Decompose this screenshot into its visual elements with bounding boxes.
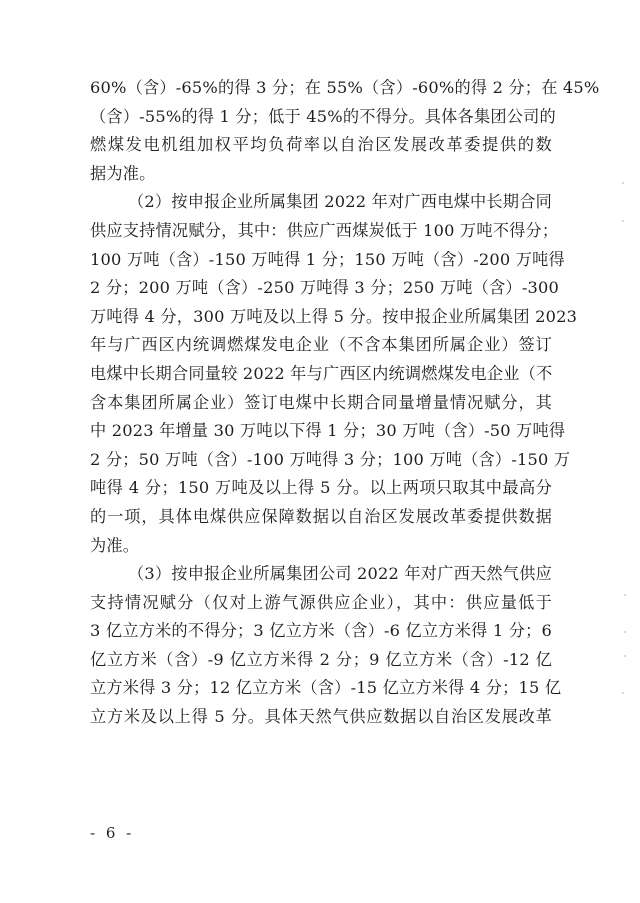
scan-speck xyxy=(624,594,626,596)
text-line: 支持情况赋分（仅对上游气源供应企业），其中：供应量低于 xyxy=(90,589,552,618)
text-line: 中 2023 年增量 30 万吨以下得 1 分；30 万吨（含）-50 万吨得 xyxy=(90,417,552,446)
text-line: 2 分；50 万吨（含）-100 万吨得 3 分；100 万吨（含）-150 万 xyxy=(90,446,552,475)
text-line: 2 分；200 万吨（含）-250 万吨得 3 分；250 万吨（含）-300 xyxy=(90,274,552,303)
paragraph-heading-3: （3）按申报企业所属集团公司 2022 年对广西天然气供应 xyxy=(90,560,552,589)
text-line: 为准。 xyxy=(90,532,552,561)
text-line: 亿立方米（含）-9 亿立方米得 2 分；9 亿立方米（含）-12 亿 xyxy=(90,646,552,675)
text-line: 燃煤发电机组加权平均负荷率以自治区发展改革委提供的数 xyxy=(90,131,552,160)
text-line: 60%（含）-65%的得 3 分；在 55%（含）-60%的得 2 分；在 45… xyxy=(90,74,552,103)
text-line: 3 亿立方米的不得分；3 亿立方米（含）-6 亿立方米得 1 分；6 xyxy=(90,617,552,646)
text-line: 据为准。 xyxy=(90,160,552,189)
scan-speck xyxy=(624,631,626,633)
scan-speck xyxy=(622,692,624,694)
text-line: 电煤中长期合同量较 2022 年与广西区内统调燃煤发电企业（不 xyxy=(90,360,552,389)
scan-speck xyxy=(624,655,626,657)
document-page: 60%（含）-65%的得 3 分；在 55%（含）-60%的得 2 分；在 45… xyxy=(0,0,640,903)
page-number: - 6 - xyxy=(90,824,134,842)
text-line: 含本集团所属企业）签订电煤中长期合同量增量情况赋分，其 xyxy=(90,389,552,418)
text-line: 年与广西区内统调燃煤发电企业（不含本集团所属企业）签订 xyxy=(90,331,552,360)
text-line: 万吨得 4 分，300 万吨及以上得 5 分。按申报企业所属集团 2023 xyxy=(90,303,552,332)
paragraph-heading-2: （2）按申报企业所属集团 2022 年对广西电煤中长期合同 xyxy=(90,188,552,217)
body-text: 60%（含）-65%的得 3 分；在 55%（含）-60%的得 2 分；在 45… xyxy=(90,74,552,732)
text-line: 的一项，具体电煤供应保障数据以自治区发展改革委提供数据 xyxy=(90,503,552,532)
text-line: 立方米及以上得 5 分。具体天然气供应数据以自治区发展改革 xyxy=(90,703,552,732)
scan-speck xyxy=(622,182,624,184)
text-line: （含）-55%的得 1 分；低于 45%的不得分。具体各集团公司的 xyxy=(90,103,552,132)
scan-speck xyxy=(622,220,624,222)
text-line: 吨得 4 分；150 万吨及以上得 5 分。以上两项只取其中最高分 xyxy=(90,474,552,503)
text-line: 100 万吨（含）-150 万吨得 1 分；150 万吨（含）-200 万吨得 xyxy=(90,246,552,275)
text-line: 立方米得 3 分；12 亿立方米（含）-15 亿立方米得 4 分；15 亿 xyxy=(90,674,552,703)
text-line: 供应支持情况赋分，其中：供应广西煤炭低于 100 万吨不得分； xyxy=(90,217,552,246)
